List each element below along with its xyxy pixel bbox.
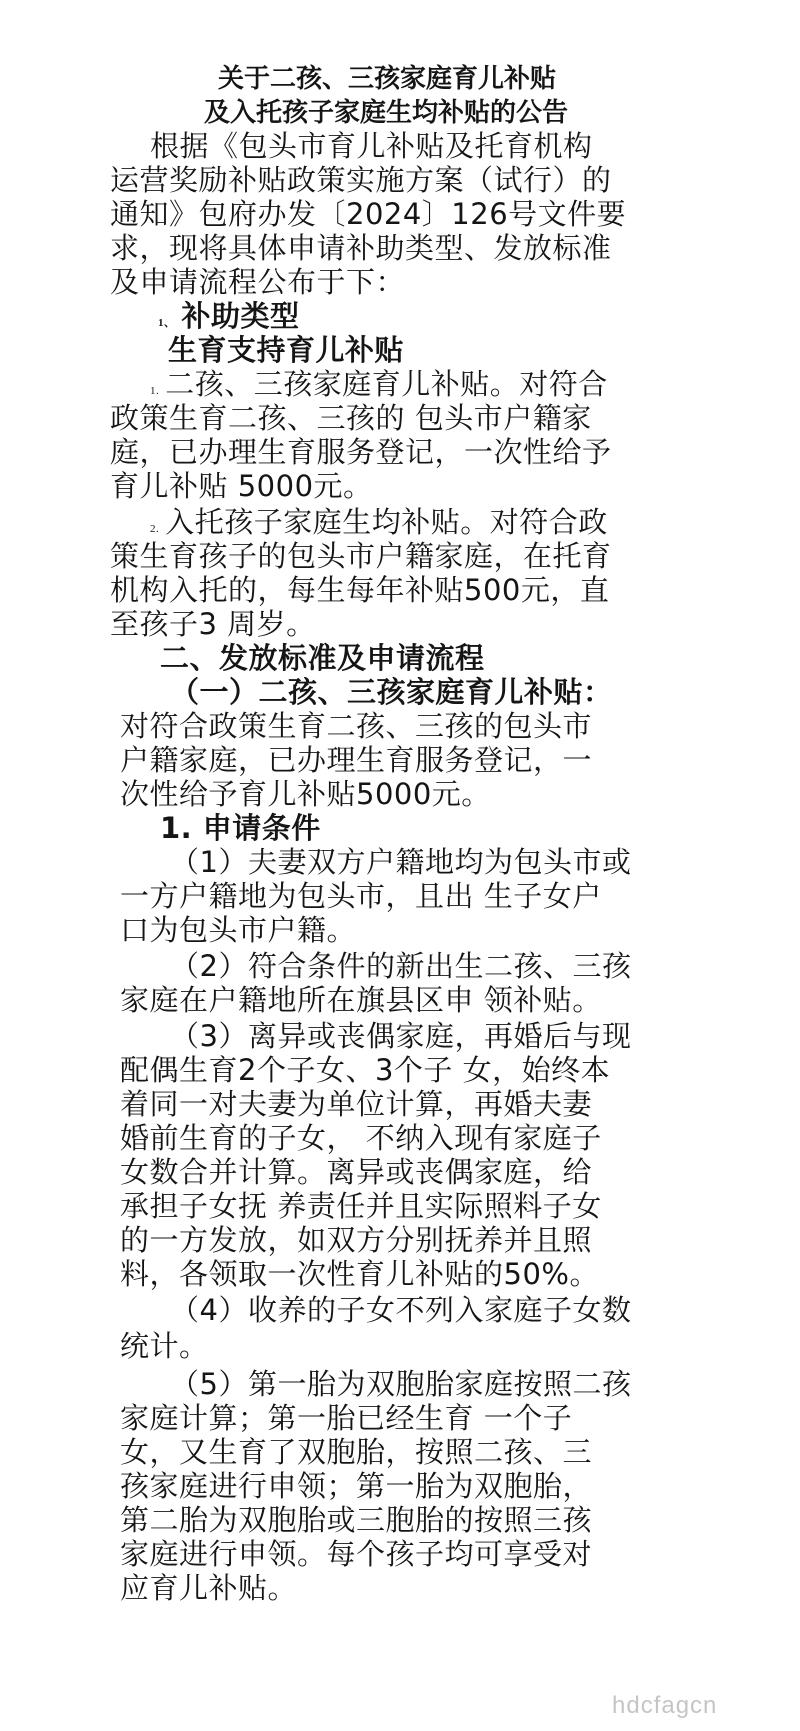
condition-5-line: 女，又生育了双胞胎，按照二孩、三 xyxy=(120,1435,592,1469)
condition-5-line: 应育儿补贴。 xyxy=(120,1571,297,1605)
section1-heading-text: 补助类型 xyxy=(182,299,300,333)
section1-subheading: 生育支持育儿补贴 xyxy=(168,333,404,367)
condition-2-line: 家庭在户籍地所在旗县区申 领补贴。 xyxy=(120,983,602,1017)
item2-line: 至孩子3 周岁。 xyxy=(110,607,316,641)
item2-line: 机构入托的，每生每年补贴500元，直 xyxy=(110,573,609,607)
item1-marker: 1. xyxy=(150,385,159,397)
condition-5-line: 家庭计算；第一胎已经生育 一个子 xyxy=(120,1401,572,1435)
intro-line: 求，现将具体申请补助类型、发放标准 xyxy=(110,231,612,265)
sub1-line: 对符合政策生育二孩、三孩的包头市 xyxy=(120,709,592,743)
condition-5-line: 第二胎为双胞胎或三胞胎的按照三孩 xyxy=(120,1503,592,1537)
condition-5-line: 家庭进行申领。每个孩子均可享受对 xyxy=(120,1537,592,1571)
document-title-line-2: 及入托孩子家庭生均补贴的公告 xyxy=(204,96,568,130)
item1-line: 庭，已办理生育服务登记，一次性给予 xyxy=(110,435,612,469)
condition-5-line: 孩家庭进行申领；第一胎为双胞胎， xyxy=(120,1469,592,1503)
item2-marker: 2. xyxy=(150,523,159,535)
item1-text: 二孩、三孩家庭育儿补贴。对符合 xyxy=(165,367,608,401)
item1-line: 育儿补贴 5000元。 xyxy=(110,469,373,503)
condition-3-line: 婚前生育的子女， 不纳入现有家庭子 xyxy=(120,1121,602,1155)
document-page: 关于二孩、三孩家庭育儿补贴 及入托孩子家庭生均补贴的公告 根据《包头市育儿补贴及… xyxy=(0,0,800,1731)
conditions-heading: 1. 申请条件 xyxy=(160,811,321,845)
section1-marker: 1、 xyxy=(158,317,176,329)
watermark: hdcfagcn xyxy=(612,1692,717,1720)
condition-3-line: 的一方发放，如双方分别抚养并且照 xyxy=(120,1223,592,1257)
intro-line: 运营奖励补贴政策实施方案（试行）的 xyxy=(110,163,612,197)
item2-text: 入托孩子家庭生均补贴。对符合政 xyxy=(165,505,608,539)
sub1-line: 次性给予育儿补贴5000元。 xyxy=(120,777,491,811)
intro-line: 通知》包府办发〔2024〕126号文件要 xyxy=(110,197,626,231)
sub1-line: 户籍家庭，已办理生育服务登记，一 xyxy=(120,743,592,777)
condition-4-line: 统计。 xyxy=(120,1329,209,1363)
condition-1-line: （1）夫妻双方户籍地均为包头市或 xyxy=(170,845,631,879)
document-title-line-1: 关于二孩、三孩家庭育儿补贴 xyxy=(218,62,556,96)
condition-3-line: 着同一对夫妻为单位计算，再婚夫妻 xyxy=(120,1087,592,1121)
item2-line: 策生育孩子的包头市户籍家庭，在托育 xyxy=(110,539,612,573)
condition-2-line: （2）符合条件的新出生二孩、三孩 xyxy=(170,949,631,983)
item1-line: 政策生育二孩、三孩的 包头市户籍家 xyxy=(110,401,592,435)
condition-3-line: 配偶生育2个子女、3个子 女，始终本 xyxy=(120,1053,610,1087)
condition-1-line: 一方户籍地为包头市，且出 生子女户 xyxy=(120,879,602,913)
section2-heading: 二、发放标准及申请流程 xyxy=(160,641,485,675)
condition-1-line: 口为包头市户籍。 xyxy=(120,913,356,947)
condition-5-line: （5）第一胎为双胞胎家庭按照二孩 xyxy=(170,1367,631,1401)
condition-3-line: 承担子女抚 养责任并且实际照料子女 xyxy=(120,1189,602,1223)
intro-line: 及申请流程公布于下： xyxy=(110,265,405,299)
condition-3-line: 料，各领取一次性育儿补贴的50%。 xyxy=(120,1257,599,1291)
condition-3-line: 女数合并计算。离异或丧偶家庭，给 xyxy=(120,1155,592,1189)
condition-4-line: （4）收养的子女不列入家庭子女数 xyxy=(170,1293,631,1327)
intro-line: 根据《包头市育儿补贴及托育机构 xyxy=(150,129,593,163)
condition-3-line: （3）离异或丧偶家庭，再婚后与现 xyxy=(170,1019,631,1053)
section2-sub1-heading: （一）二孩、三孩家庭育儿补贴： xyxy=(170,675,613,709)
